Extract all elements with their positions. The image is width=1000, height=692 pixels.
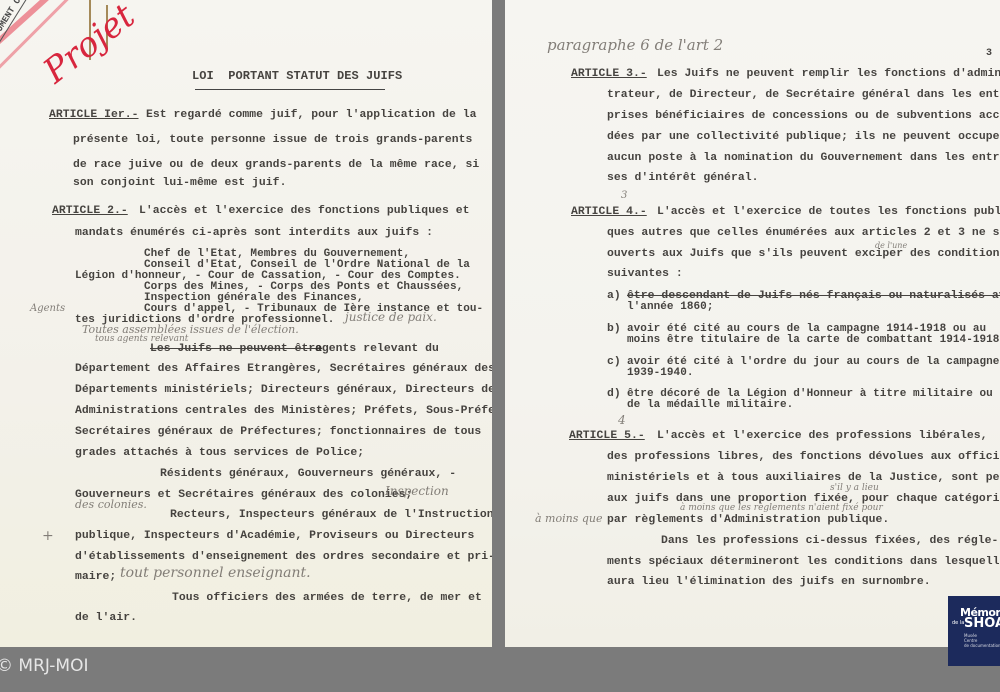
article-3-line: trateur, de Directeur, de Secrétaire gén… [607, 89, 1000, 101]
article-5-para-line: Dans les professions ci-dessus fixées, d… [661, 535, 998, 547]
document-title: LOI PORTANT STATUT DES JUIFS [192, 69, 402, 83]
article-2-para-line: Secrétaires généraux de Préfectures; fon… [75, 426, 481, 438]
handwritten-header: paragraphe 6 de l'art 2 [547, 36, 723, 54]
handwritten-note: des colonies. [75, 498, 147, 511]
condition-line: de la médaille militaire. [627, 399, 793, 411]
article-4-line: ques autres que celles énumérées aux art… [607, 227, 1000, 239]
article-3-line: aucun poste à la nomination du Gouvernem… [607, 152, 1000, 164]
logo-text: SHOAH [964, 616, 1000, 631]
article-3-line: ses d'intérêt général. [607, 172, 758, 184]
condition-letter: b) [607, 323, 621, 335]
article-5-para-line: ments spéciaux détermineront les conditi… [607, 556, 1000, 568]
article-2-colonies-line: Résidents généraux, Gouverneurs généraux… [160, 468, 456, 480]
condition-letter: c) [607, 356, 621, 368]
article-4-line: ouverts aux Juifs que s'ils peuvent exci… [607, 248, 1000, 260]
article-2-para-line: agents relevant du [315, 343, 439, 355]
memorial-shoah-logo: Mémorial de la SHOAH Musée Centre de doc… [948, 596, 1000, 666]
document-page-1: DOCUMENT CONFIDENTIEL Projet LOI PORTANT… [0, 0, 492, 647]
handwritten-note: à moins que les règlements n'aient fixé … [680, 503, 883, 513]
article-5-line: par règlements d'Administration publique… [607, 514, 889, 526]
article-5-line: L'accès et l'exercice des professions li… [657, 430, 988, 442]
article-2-line: mandats énumérés ci-après sont interdits… [75, 227, 433, 239]
title-underline [195, 89, 385, 90]
condition-letter: a) [607, 290, 621, 302]
handwritten-note: s'il y a lieu [830, 483, 879, 493]
article-5-label: ARTICLE 5.- [569, 430, 645, 442]
article-3-label: ARTICLE 3.- [571, 68, 647, 80]
article-2-para-line: Départements ministériels; Directeurs gé… [75, 384, 492, 396]
article-1-line: son conjoint lui-même est juif. [73, 177, 286, 189]
article-5-line: des professions libres, des fonctions dé… [607, 451, 1000, 463]
handwritten-note: à moins que [535, 512, 603, 525]
document-page-2: 3 paragraphe 6 de l'art 2 ARTICLE 3.- Le… [505, 0, 1000, 647]
article-2-instruction-line: publique, Inspecteurs d'Académie, Provis… [75, 530, 474, 542]
article-1-line: de race juive ou de deux grands-parents … [73, 159, 479, 171]
article-3-line: Les Juifs ne peuvent remplir les fonctio… [657, 68, 1000, 80]
article-2-officers-line: Tous officiers des armées de terre, de m… [172, 592, 482, 604]
handwritten-note: tout personnel enseignant. [120, 565, 311, 581]
logo-text: Musée Centre de documentation [964, 633, 1000, 648]
article-1-line: Est regardé comme juif, pour l'applicati… [146, 109, 477, 121]
confidential-stamp: DOCUMENT CONFIDENTIEL [0, 0, 56, 48]
article-2-instruction-line: Recteurs, Inspecteurs généraux de l'Inst… [170, 509, 492, 521]
article-4-line: suivantes : [607, 268, 683, 280]
handwritten-cross: + [42, 528, 54, 544]
logo-text: de la [952, 620, 964, 626]
copyright-credit: © MRJ-MOI [0, 656, 89, 676]
article-3-line: dées par une collectivité publique; ils … [607, 131, 1000, 143]
handwritten-note: Inspection [385, 484, 449, 498]
condition-line: 1939-1940. [627, 367, 694, 379]
struck-text: Les Juifs ne peuvent être [150, 343, 322, 355]
handwritten-note: justice de paix. [345, 310, 437, 324]
article-5-para-line: aura lieu l'élimination des juifs en sur… [607, 576, 931, 588]
article-3-line: prises bénéficiaires de concessions ou d… [607, 110, 1000, 122]
article-4-line: L'accès et l'exercice de toutes les fonc… [657, 206, 1000, 218]
article-1-line: présente loi, toute personne issue de tr… [73, 134, 472, 146]
article-2-instruction-line: d'établissements d'enseignement des ordr… [75, 551, 492, 563]
article-2-instruction-line: maire; [75, 571, 116, 583]
article-2-line: L'accès et l'exercice des fonctions publ… [139, 205, 470, 217]
handwritten-number: 3 [621, 190, 627, 201]
condition-line: moins être titulaire de la carte de comb… [627, 334, 1000, 346]
condition-letter: d) [607, 388, 621, 400]
article-4-label: ARTICLE 4.- [571, 206, 647, 218]
condition-line: l'année 1860; [627, 301, 713, 313]
article-5-line: ministériels et à tous auxiliaires de la… [607, 472, 1000, 484]
article-1-label: ARTICLE Ier.- [49, 109, 139, 121]
article-2-para-line: Département des Affaires Etrangères, Sec… [75, 363, 492, 375]
handwritten-note: Agents [30, 303, 65, 314]
article-2-para-line: Administrations centrales des Ministères… [75, 405, 492, 417]
article-2-label: ARTICLE 2.- [52, 205, 128, 217]
article-2-officers-line: de l'air. [75, 612, 137, 624]
page-number: 3 [986, 48, 992, 59]
handwritten-number: 4 [618, 413, 626, 427]
footer-bar [0, 647, 1000, 692]
article-2-para-line: grades attachés à tous services de Polic… [75, 447, 364, 459]
